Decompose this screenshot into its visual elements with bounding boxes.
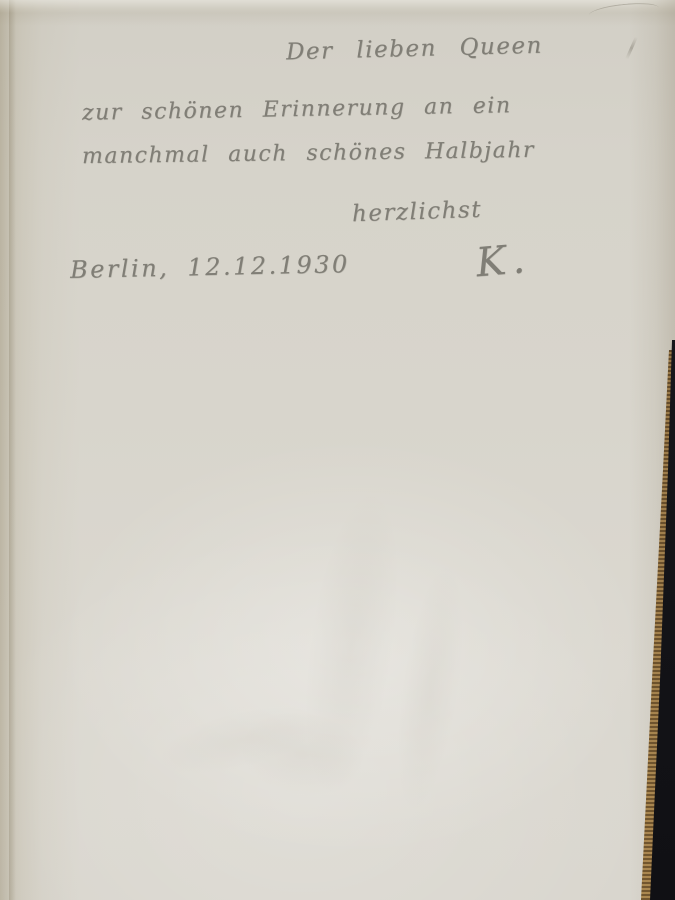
faint-pencil-mark xyxy=(625,36,638,59)
paper-crease xyxy=(65,587,414,892)
page-gutter-line xyxy=(9,0,16,900)
page-top-edge-crease xyxy=(0,0,675,26)
paper-crease xyxy=(129,452,591,837)
inscription-dedication-line: Der lieben Queen xyxy=(286,33,543,66)
inscription-place-date: Berlin, 12.12.1930 xyxy=(70,250,350,284)
binding-dark-band xyxy=(0,0,675,900)
inscription-closing: herzlichst xyxy=(352,197,483,228)
inscription-line: zur schönen Erinnerung an ein xyxy=(82,93,512,125)
faint-pencil-mark xyxy=(588,0,659,22)
page-right-shadow xyxy=(629,0,675,900)
inscription-signature-initial: K. xyxy=(474,236,532,287)
page-fore-edge xyxy=(0,0,675,900)
inscription-line: manchmal auch schönes Halbjahr xyxy=(82,138,535,169)
book-page-photo: Der lieben Queen zur schönen Erinnerung … xyxy=(0,0,675,900)
page-gutter-shadow xyxy=(0,0,80,900)
